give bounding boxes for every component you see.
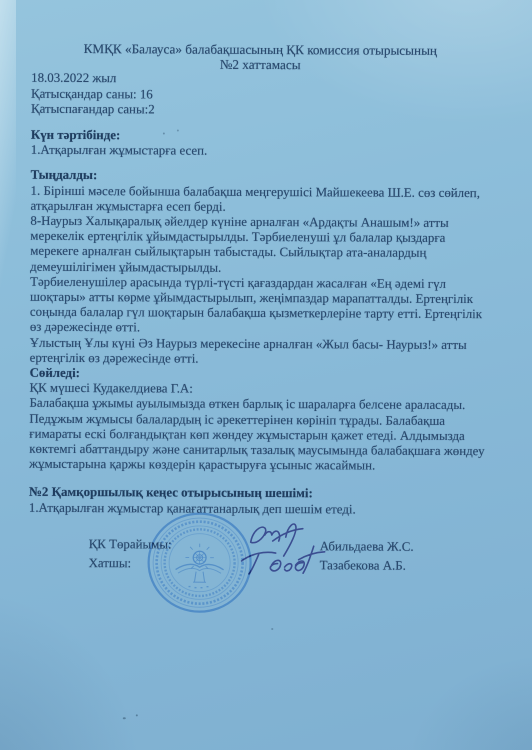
absent-count: Қатыспағандар саны:2 xyxy=(31,102,532,120)
heard-paragraph: 1. Бірінші мәселе бойынша балабақша меңг… xyxy=(30,183,490,216)
doc-header: КМҚК «Балауса» балабақшасының ҚК комисси… xyxy=(31,0,489,74)
decision-section: №2 Қамқоршылық кеңес отырысының шешімі: … xyxy=(29,485,489,518)
heard-paragraph: Ұлыстың Ұлы күні Әз Наурыз мерекесіне ар… xyxy=(30,335,490,368)
heard-section: Тыңдалды: 1. Бірінші мәселе бойынша бала… xyxy=(29,168,491,474)
agenda-item: 1.Атқарылған жұмыстарға есеп. xyxy=(31,143,491,161)
heard-paragraph: Тәрбиеленушілер арасында түрлі-түсті қағ… xyxy=(30,275,490,338)
dust-speck xyxy=(271,628,273,630)
document-photo: КМҚК «Балауса» балабақшасының ҚК комисси… xyxy=(0,0,532,750)
handwritten-signatures xyxy=(237,518,345,581)
agenda-section: Күн тәртібінде: 1.Атқарылған жұмыстарға … xyxy=(31,128,491,161)
signature-chairperson xyxy=(251,524,303,556)
heard-paragraph: 8-Наурыз Халықаралық әйелдер күніне арна… xyxy=(30,214,490,277)
protocol-page: КМҚК «Балауса» балабақшасының ҚК комисси… xyxy=(0,0,532,750)
decision-item: 1.Атқарылған жұмыстар қанағаттанарлық де… xyxy=(29,500,489,518)
spoke-paragraph: Балабақша ұжымы ауылымызда өткен барлық … xyxy=(29,396,489,474)
dust-speck xyxy=(136,714,138,716)
signature-secretary xyxy=(242,546,325,574)
doc-title: КМҚК «Балауса» балабақшасының ҚК комисси… xyxy=(31,41,489,59)
dust-speck xyxy=(177,130,179,132)
dust-speck xyxy=(163,132,165,134)
dust-speck xyxy=(123,717,126,719)
meta-block: 18.03.2022 жыл Қатысқандар саны: 16 Қаты… xyxy=(31,71,532,119)
